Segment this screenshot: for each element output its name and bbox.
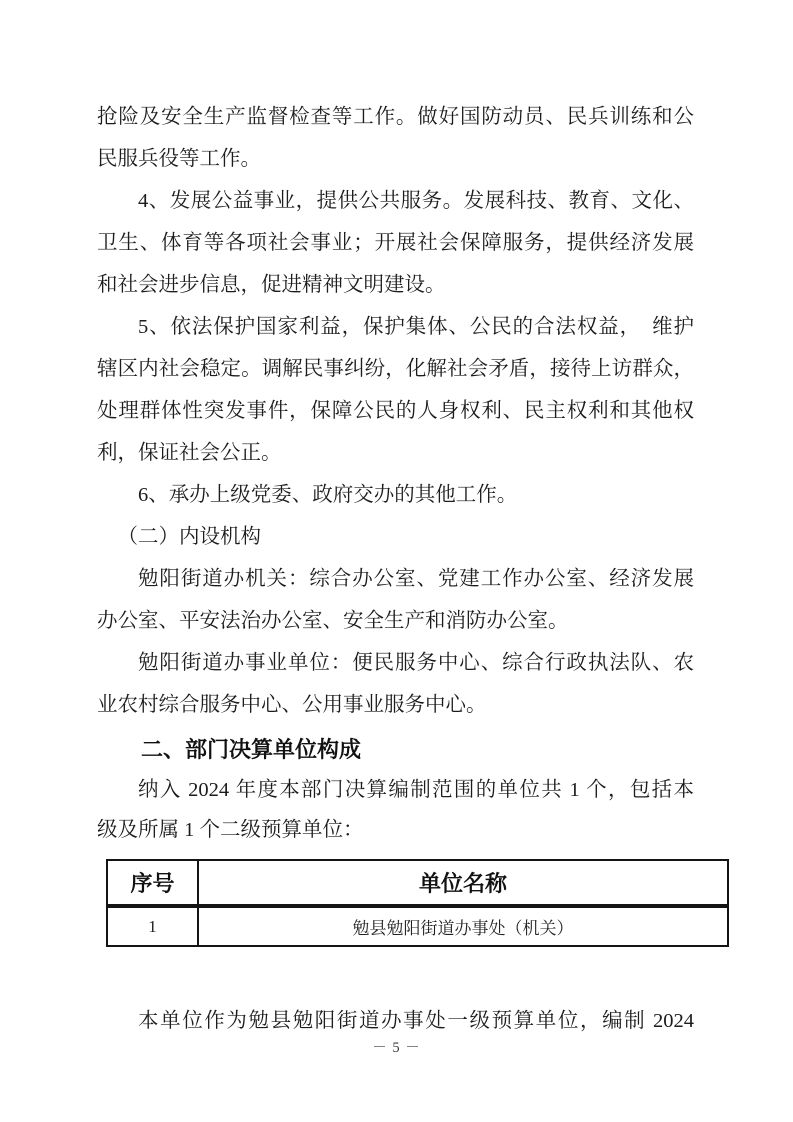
document-page: 抢险及安全生产监督检查等工作。做好国防动员、民兵训练和公 民服兵役等工作。 4、… <box>0 0 793 1122</box>
body-line: 办公室、平安法治办公室、安全生产和消防办公室。 <box>97 600 694 642</box>
table-row: 1 勉县勉阳街道办事处（机关） <box>107 906 728 946</box>
body-line: 5、依法保护国家利益，保护集体、公民的合法权益， 维护 <box>97 306 694 348</box>
body-line: 勉阳街道办机关：综合办公室、党建工作办公室、经济发展 <box>97 558 694 600</box>
paragraph: 抢险及安全生产监督检查等工作。做好国防动员、民兵训练和公 民服兵役等工作。 <box>97 96 694 180</box>
cell-unit-name: 勉县勉阳街道办事处（机关） <box>198 906 728 946</box>
section-heading: 二、部门决算单位构成 <box>97 730 694 770</box>
cell-index: 1 <box>107 906 198 946</box>
column-header-unit-name: 单位名称 <box>198 860 728 906</box>
paragraph: 6、承办上级党委、政府交办的其他工作。 <box>97 474 694 516</box>
intro-paragraph: 纳入 2024 年度本部门决算编制范围的单位共 1 个，包括本 级及所属 1 个… <box>97 770 694 850</box>
paragraph: 4、发展公益事业，提供公共服务。发展科技、教育、文化、 卫生、体育等各项社会事业… <box>97 180 694 306</box>
body-line: 民服兵役等工作。 <box>97 138 694 180</box>
table-header-row: 序号 单位名称 <box>107 860 728 906</box>
page-number: － 5 － <box>0 1036 793 1057</box>
paragraph: 勉阳街道办事业单位：便民服务中心、综合行政执法队、农 业农村综合服务中心、公用事… <box>97 642 694 726</box>
paragraph: 5、依法保护国家利益，保护集体、公民的合法权益， 维护 辖区内社会稳定。调解民事… <box>97 306 694 474</box>
body-line: 处理群体性突发事件，保障公民的人身权利、民主权利和其他权 <box>97 390 694 432</box>
page-body: 抢险及安全生产监督检查等工作。做好国防动员、民兵训练和公 民服兵役等工作。 4、… <box>97 96 694 1042</box>
paragraph: 勉阳街道办机关：综合办公室、党建工作办公室、经济发展 办公室、平安法治办公室、安… <box>97 558 694 642</box>
body-line: 和社会进步信息，促进精神文明建设。 <box>97 264 694 306</box>
body-line: 6、承办上级党委、政府交办的其他工作。 <box>97 474 694 516</box>
body-line: （二）内设机构 <box>97 516 694 558</box>
unit-composition-table: 序号 单位名称 1 勉县勉阳街道办事处（机关） <box>106 859 729 947</box>
body-line: 抢险及安全生产监督检查等工作。做好国防动员、民兵训练和公 <box>97 96 694 138</box>
body-line: 勉阳街道办事业单位：便民服务中心、综合行政执法队、农 <box>97 642 694 684</box>
body-line: 级及所属 1 个二级预算单位： <box>97 810 694 850</box>
subsection-heading: （二）内设机构 <box>97 516 694 558</box>
body-line: 业农村综合服务中心、公用事业服务中心。 <box>97 684 694 726</box>
body-line: 4、发展公益事业，提供公共服务。发展科技、教育、文化、 <box>97 180 694 222</box>
body-line: 辖区内社会稳定。调解民事纠纷，化解社会矛盾，接待上访群众， <box>97 348 694 390</box>
body-line: 利，保证社会公正。 <box>97 432 694 474</box>
body-line: 纳入 2024 年度本部门决算编制范围的单位共 1 个，包括本 <box>97 770 694 810</box>
column-header-index: 序号 <box>107 860 198 906</box>
body-line: 卫生、体育等各项社会事业；开展社会保障服务，提供经济发展 <box>97 222 694 264</box>
